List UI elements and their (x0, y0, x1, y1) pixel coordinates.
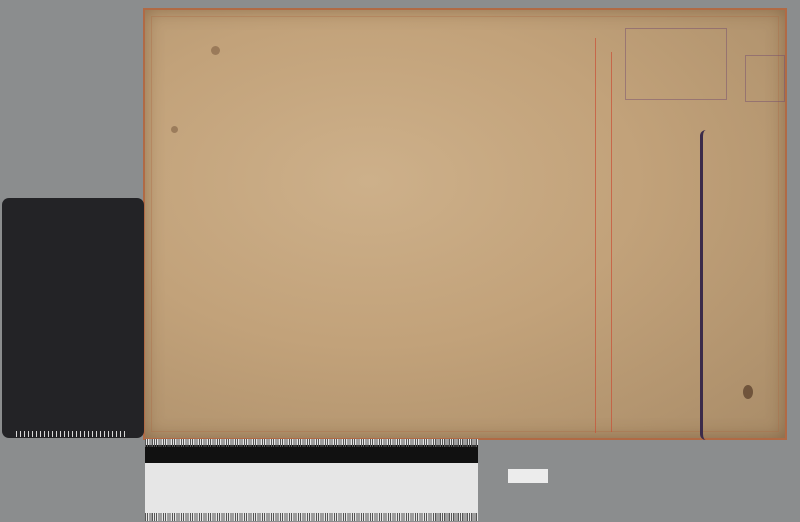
stain (211, 46, 220, 55)
ruler-numbers-top (145, 446, 478, 458)
ink-stamp-mark (745, 55, 785, 102)
ink-stamp-mark (625, 28, 727, 100)
accession-label (508, 469, 548, 483)
margin-rule (611, 52, 612, 432)
stain (743, 385, 753, 399)
ruler-ticks-bottom (145, 513, 478, 521)
decorative-flourish (700, 130, 713, 440)
color-checker-card (2, 198, 144, 438)
document-page (143, 8, 787, 440)
mm-scale (16, 431, 128, 437)
stain (171, 126, 178, 133)
margin-rule (595, 38, 596, 433)
scale-ruler (145, 439, 478, 521)
